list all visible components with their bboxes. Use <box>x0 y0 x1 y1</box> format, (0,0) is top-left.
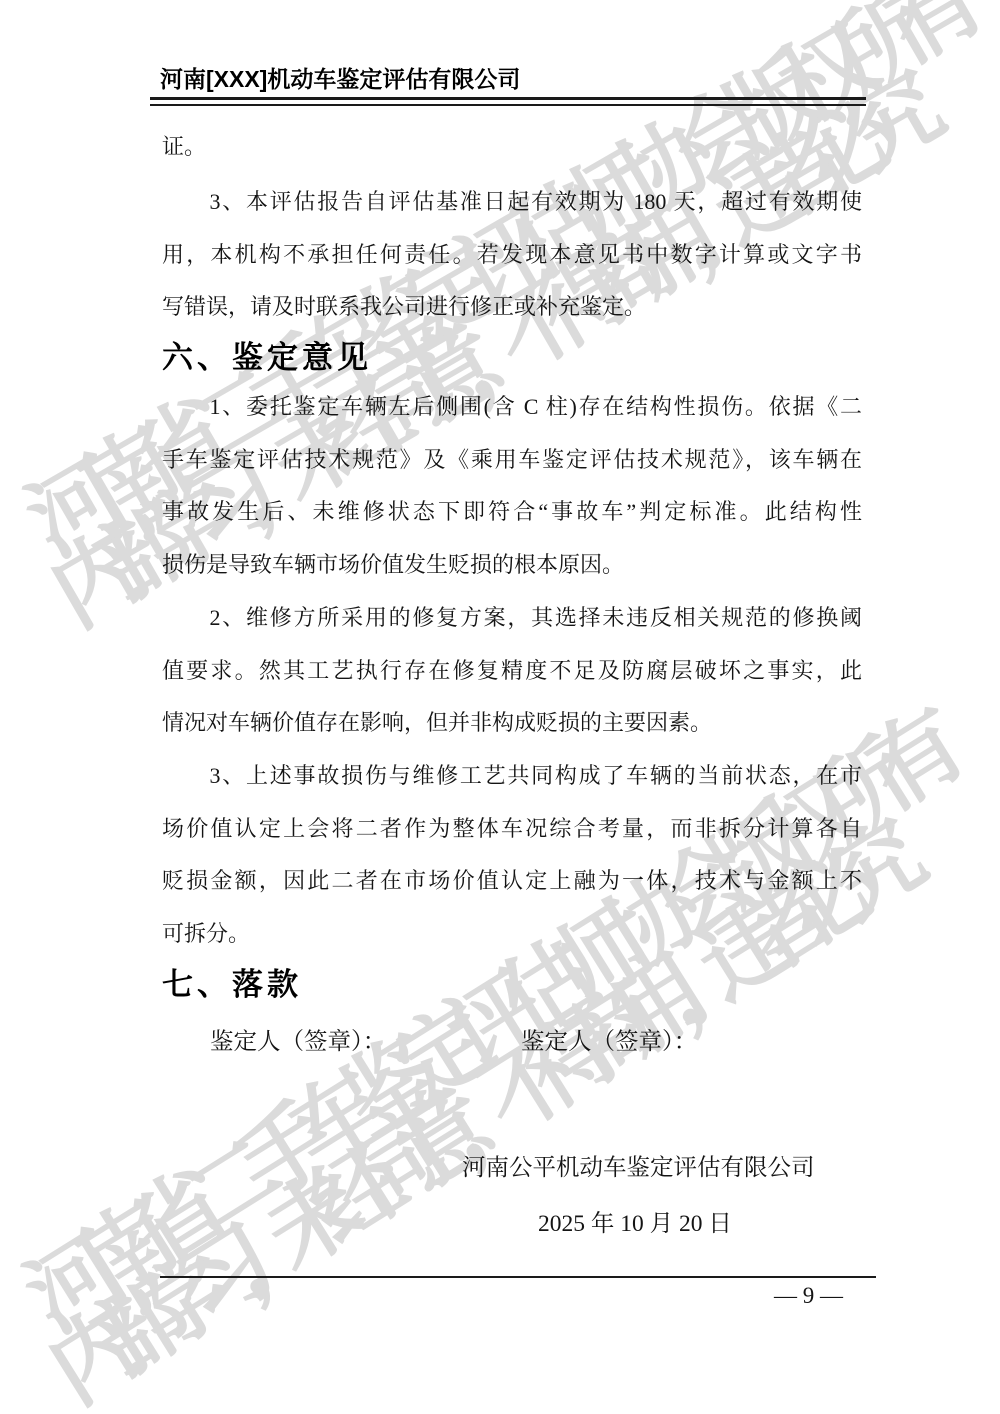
section6-paragraph-2: 2、维修方所采用的修复方案，其选择未违反相关规范的修换阈值要求。然其工艺执行存在… <box>162 592 862 750</box>
text-line: 可拆分。 <box>162 908 862 961</box>
appraiser-signature-label-1: 鉴定人（签章）： <box>210 1020 386 1064</box>
issue-date: 2025 年 10 月 20 日 <box>538 1204 732 1244</box>
text-line: 值要求。然其工艺执行存在修复精度不足及防腐层破坏之事实，此 <box>162 645 862 698</box>
header-double-rule <box>150 97 866 106</box>
section6-heading: 六、鉴定意见 <box>162 336 372 380</box>
validity-paragraph: 3、本评估报告自评估基准日起有效期为 180 天，超过有效期使用，本机构不承担任… <box>162 176 862 334</box>
text-line: 贬损金额，因此二者在市场价值认定上融为一体，技术与金额上不 <box>162 855 862 908</box>
document-page: { "header": { "company": "河南[XXX]机动车鉴定评估… <box>0 0 1000 1414</box>
issuing-company-name: 河南公平机动车鉴定评估有限公司 <box>462 1148 815 1188</box>
text-line: 3、上述事故损伤与维修工艺共同构成了车辆的当前状态，在市 <box>162 750 862 803</box>
text-line: 2、维修方所采用的修复方案，其选择未违反相关规范的修换阈 <box>162 592 862 645</box>
text-line: 事故发生后、未维修状态下即符合“事故车”判定标准。此结构性 <box>162 486 862 539</box>
text-line: 场价值认定上会将二者作为整体车况综合考量，而非拆分计算各自 <box>162 803 862 856</box>
text-line: 写错误，请及时联系我公司进行修正或补充鉴定。 <box>162 281 862 334</box>
text-line: 情况对车辆价值存在影响，但并非构成贬损的主要因素。 <box>162 697 862 750</box>
section6-paragraph-3: 3、上述事故损伤与维修工艺共同构成了车辆的当前状态，在市场价值认定上会将二者作为… <box>162 750 862 960</box>
carryover-paragraph: 证。 <box>162 121 862 174</box>
appraiser-signature-label-2: 鉴定人（签章）： <box>521 1020 697 1064</box>
footer-rule <box>160 1276 876 1278</box>
section6-paragraph-1: 1、委托鉴定车辆左后侧围(含 C 柱)存在结构性损伤。依据《二手车鉴定评估技术规… <box>162 381 862 591</box>
text-line: 3、本评估报告自评估基准日起有效期为 180 天，超过有效期使 <box>162 176 862 229</box>
text-line: 证。 <box>162 121 862 174</box>
text-line: 1、委托鉴定车辆左后侧围(含 C 柱)存在结构性损伤。依据《二 <box>162 381 862 434</box>
text-line: 用，本机构不承担任何责任。若发现本意见书中数字计算或文字书 <box>162 229 862 282</box>
text-line: 手车鉴定评估技术规范》及《乘用车鉴定评估技术规范》，该车辆在 <box>162 434 862 487</box>
section7-heading: 七、落款 <box>162 963 302 1007</box>
page-number: — 9 — <box>774 1281 843 1311</box>
page-content: 河南[XXX]机动车鉴定评估有限公司 证。 3、本评估报告自评估基准日起有效期为… <box>0 0 1000 1414</box>
text-line: 损伤是导致车辆市场价值发生贬损的根本原因。 <box>162 539 862 592</box>
header-company-title: 河南[XXX]机动车鉴定评估有限公司 <box>160 64 520 94</box>
